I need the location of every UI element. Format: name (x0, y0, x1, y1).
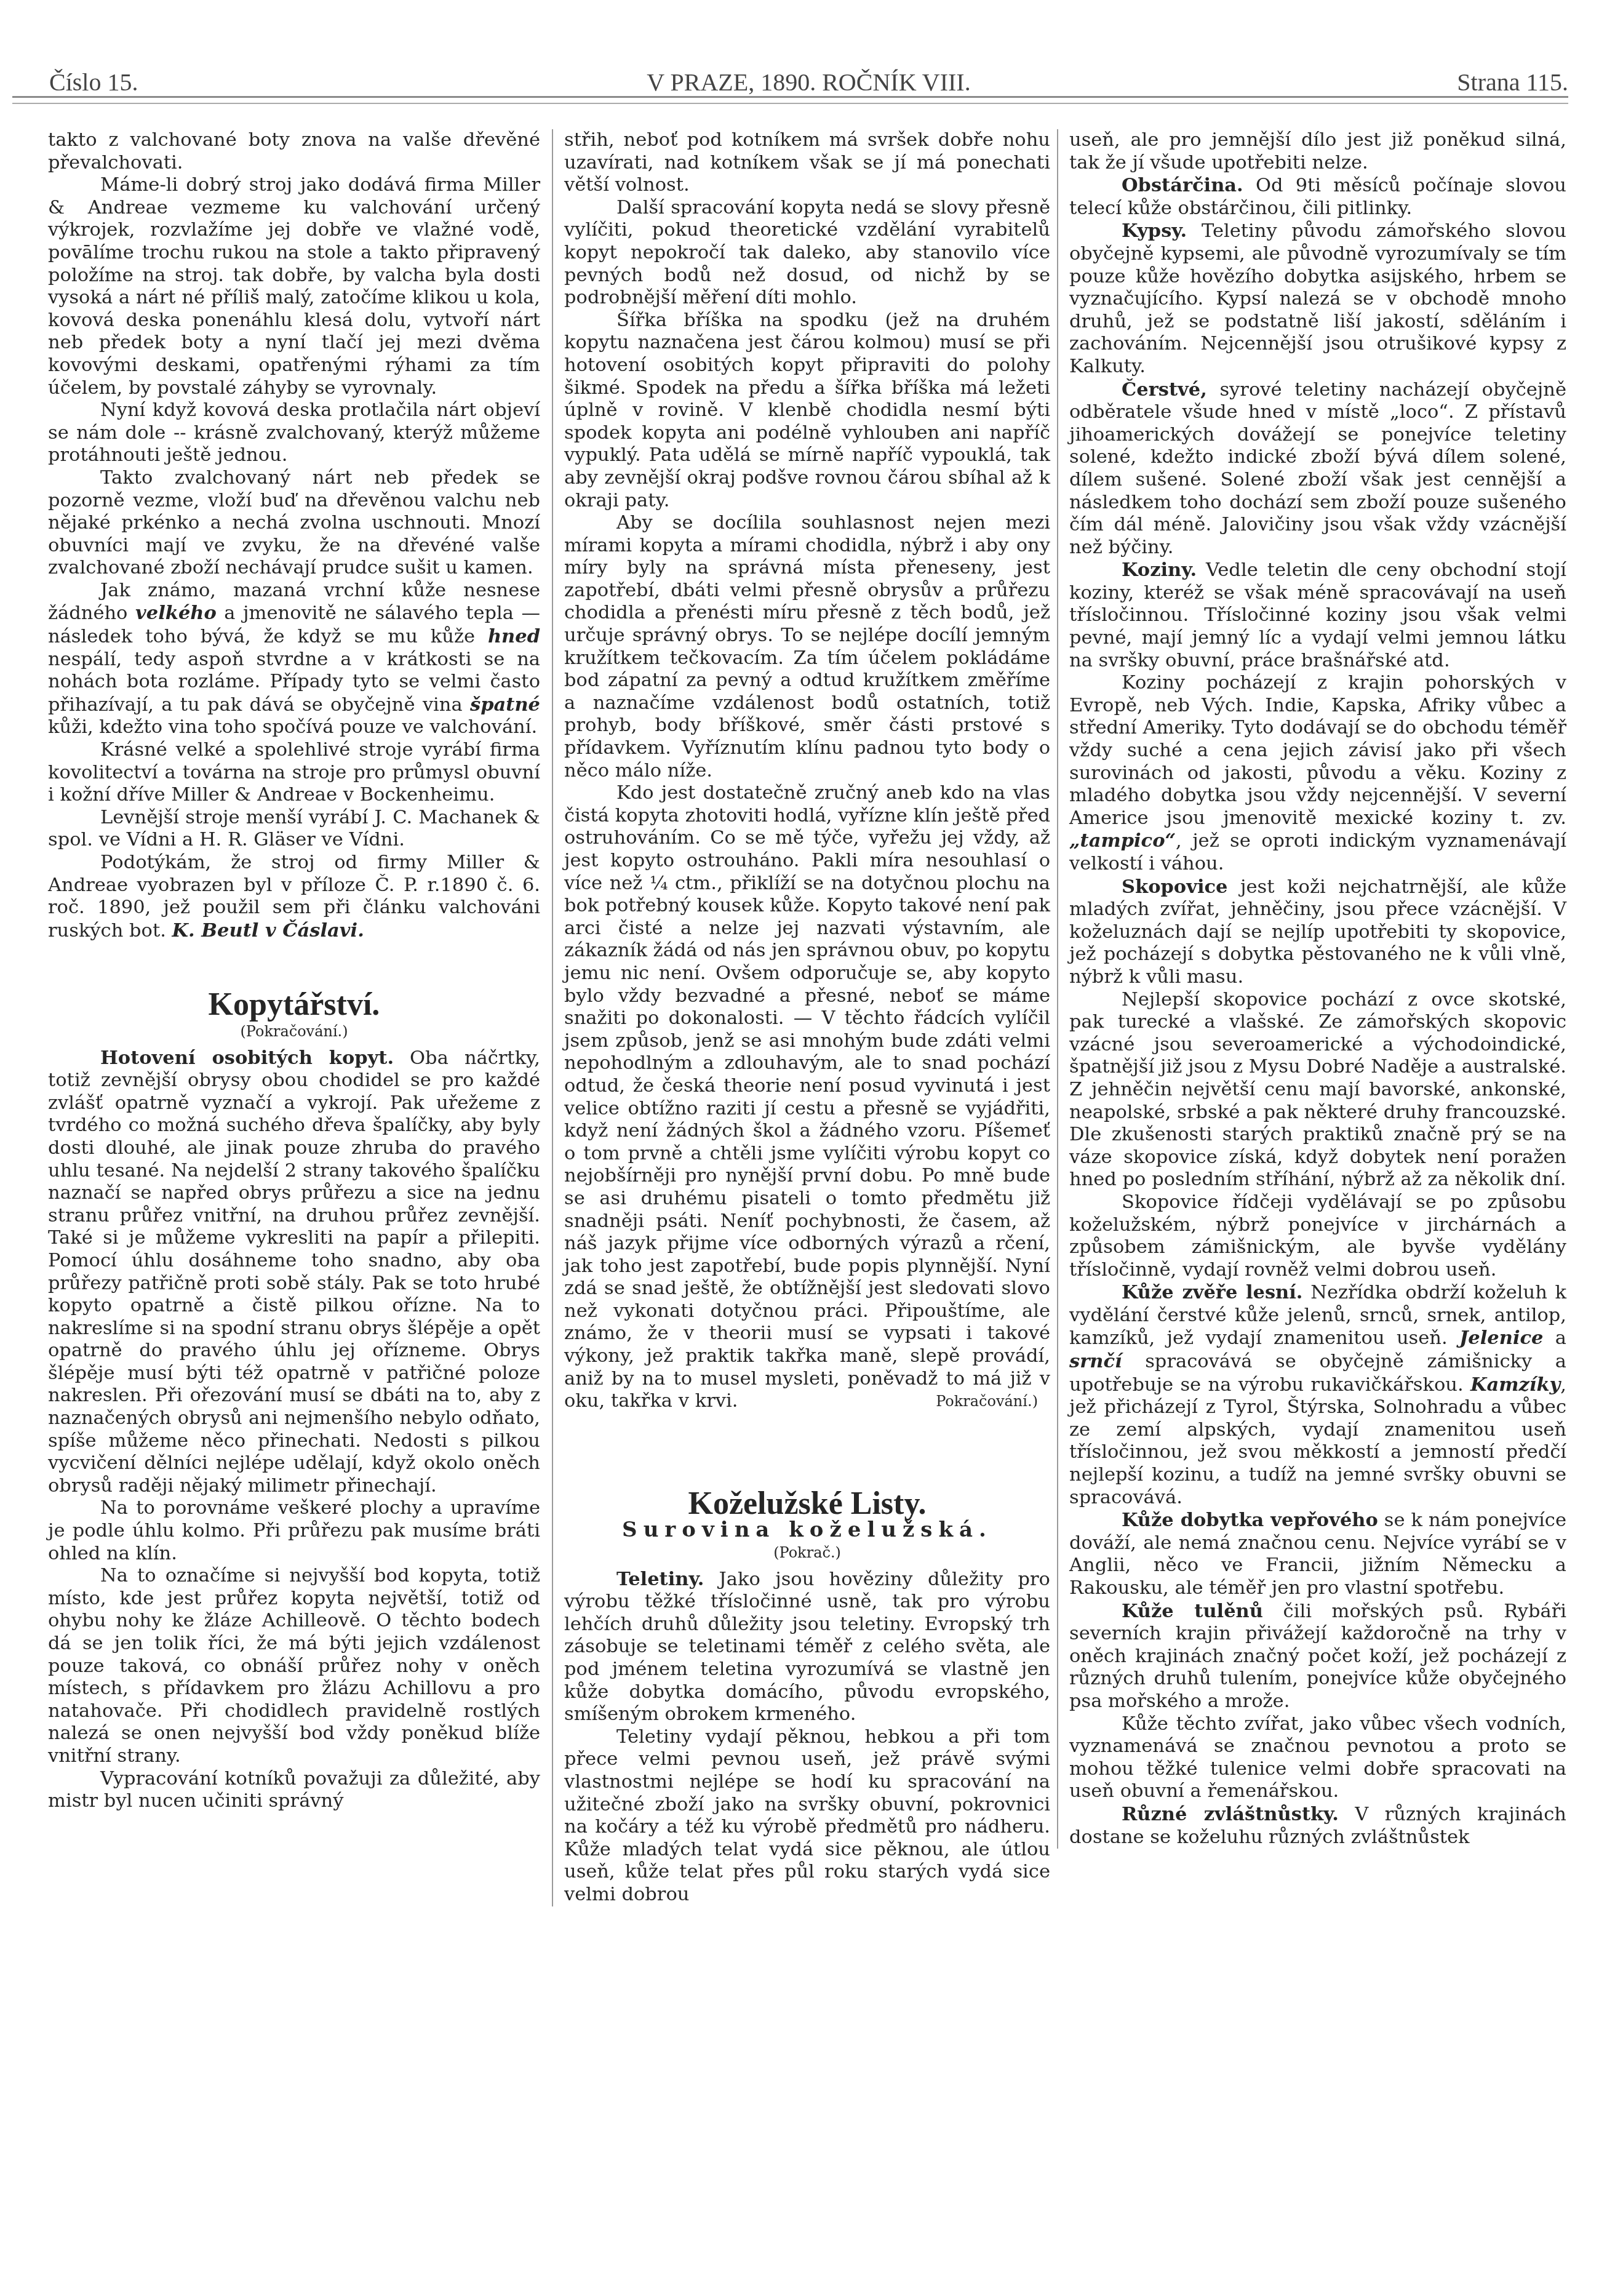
column-2: střih, neboť pod kotníkem má svršek dobř… (552, 129, 1050, 1906)
run-in-heading: Kypsy. (1122, 220, 1187, 242)
paragraph: Kůže těchto zvířat, jako vůbec všech vod… (1069, 1713, 1566, 1803)
paragraph: střih, neboť pod kotníkem má svršek dobř… (564, 129, 1050, 197)
text-run: nespálí, tedy aspoň stvrdne a v krátkost… (48, 649, 540, 716)
paragraph: Koziny pocházejí z krajin pohorských v E… (1069, 672, 1566, 875)
continuation-note: (Pokrač.) (564, 1542, 1050, 1564)
run-in-heading: Teletiny. (616, 1568, 704, 1590)
text-run: Jako jsou hověziny důležity pro výrobu t… (564, 1569, 1050, 1726)
column-1: takto z valchované boty znova na valše d… (48, 129, 540, 1813)
paragraph: Obstárčina. Od 9ti měsíců počínaje slovo… (1069, 174, 1566, 220)
dateline: V PRAZE, 1890. ROČNÍK VIII. (49, 68, 1568, 97)
paragraph: Kůže tulěnů čili mořských psů. Rybáři se… (1069, 1600, 1566, 1713)
run-in-heading: Skopovice (1122, 876, 1227, 898)
emphasis: hned (488, 625, 540, 647)
author-signature: K. Beutl v Čáslavi. (172, 919, 364, 942)
header-rule (12, 96, 1568, 104)
paragraph: Kdo jest dostatečně zručný aneb kdo na v… (564, 782, 1050, 1413)
text-run: kůži, kdežto vina toho spočívá pouze ve … (48, 716, 537, 738)
paragraph: useň, ale pro jemnější dílo jest již pon… (1069, 129, 1566, 174)
run-in-heading: Čerstvé, (1122, 378, 1207, 401)
emphasis: Kamzíky (1470, 1374, 1560, 1396)
paragraph: takto z valchované boty znova na valše d… (48, 129, 540, 174)
emphasis: „tampico“ (1069, 830, 1176, 852)
text-run: Kdo jest dostatečně zručný aneb kdo na v… (564, 782, 1050, 1412)
paragraph: Teletiny. Jako jsou hověziny důležity pr… (564, 1568, 1050, 1726)
text-run: Teletiny původu zámořského slovou obyčej… (1069, 220, 1566, 377)
section-title-kopytarstvi: Kopytářství. (48, 994, 540, 1017)
paragraph: Vypracování kotníků považuji za důležité… (48, 1768, 540, 1813)
paragraph: Koziny. Vedle teletin dle ceny obchodní … (1069, 559, 1566, 672)
paragraph: Další spracování kopyta nedá se slovy př… (564, 197, 1050, 310)
paragraph: Kůže dobytka vepřového se k nám ponejvíc… (1069, 1509, 1566, 1599)
text-run: a (1544, 1327, 1567, 1349)
paragraph: Kypsy. Teletiny původu zámořského slovou… (1069, 220, 1566, 378)
emphasis: špatné (470, 694, 540, 716)
paragraph: Skopovice jest koži nejchatrnější, ale k… (1069, 876, 1566, 989)
paragraph: Hotovení osobitých kopyt. Oba náčrtky, t… (48, 1047, 540, 1498)
emphasis: srnčí (1069, 1350, 1122, 1372)
run-in-heading: Kůže dobytka vepřového (1122, 1509, 1378, 1531)
text-run: Koziny pocházejí z krajin pohorských v E… (1069, 672, 1566, 829)
run-in-heading: Různé zvláštnůstky. (1122, 1803, 1339, 1825)
paragraph: Skopovice řídčeji vydělávají se po způso… (1069, 1191, 1566, 1281)
run-in-heading: Hotovení osobitých kopyt. (100, 1047, 394, 1069)
paragraph: Teletiny vydají pěknou, hebkou a při tom… (564, 1726, 1050, 1906)
paragraph: Nyní když kovová deska protlačila nárt o… (48, 399, 540, 467)
page-number: Strana 115. (1457, 68, 1568, 97)
paragraph: Levnější stroje menší vyrábí J. C. Macha… (48, 807, 540, 852)
emphasis: velkého (135, 602, 217, 624)
paragraph: Různé zvláštnůstky. V různých krajinách … (1069, 1803, 1566, 1849)
text-run: syrové teletiny nacházejí obyčejně odběr… (1069, 379, 1566, 558)
paragraph: Na to porovnáme veškeré plochy a upravím… (48, 1497, 540, 1565)
paragraph: Krásné velké a spolehlivé stroje vyrábí … (48, 739, 540, 807)
paragraph: Máme-li dobrý stroj jako dodává firma Mi… (48, 174, 540, 399)
paragraph: Nejlepší skopovice pochází z ovce skotsk… (1069, 989, 1566, 1191)
emphasis: Jelenice (1459, 1327, 1544, 1349)
continuation-note: Pokračování.) (883, 1390, 1038, 1413)
text-run: Oba náčrtky, totiž zevnější obrysy obou … (48, 1047, 540, 1497)
paragraph: Jak známo, mazaná vrchní kůže nesnese žá… (48, 580, 540, 739)
page-header: Číslo 15. V PRAZE, 1890. ROČNÍK VIII. St… (49, 62, 1568, 98)
paragraph: Podotýkám, že stroj od firmy Miller & An… (48, 852, 540, 942)
paragraph: Aby se docílila souhlasnost nejen mezi m… (564, 512, 1050, 782)
paragraph: Šířka bříška na spodku (jež na druhém ko… (564, 310, 1050, 512)
paragraph: Takto zvalchovaný nárt neb předek se poz… (48, 467, 540, 580)
paragraph: Kůže zvěře lesní. Nezřídka obdrží koželu… (1069, 1281, 1566, 1509)
continuation-note: (Pokračování.) (48, 1020, 540, 1043)
paragraph: Na to označíme si nejvyšší bod kopyta, t… (48, 1565, 540, 1767)
paragraph: Čerstvé, syrové teletiny nacházejí obyče… (1069, 378, 1566, 559)
run-in-heading: Kůže tulěnů (1122, 1600, 1263, 1622)
section-subtitle: Surovina koželužská. (564, 1519, 1050, 1542)
run-in-heading: Obstárčina. (1122, 174, 1243, 196)
section-title-kozeluzske-listy: Koželužské Listy. (564, 1493, 1050, 1516)
run-in-heading: Kůže zvěře lesní. (1122, 1281, 1302, 1303)
run-in-heading: Koziny. (1122, 559, 1197, 581)
column-3: useň, ale pro jemnější dílo jest již pon… (1057, 129, 1566, 1849)
